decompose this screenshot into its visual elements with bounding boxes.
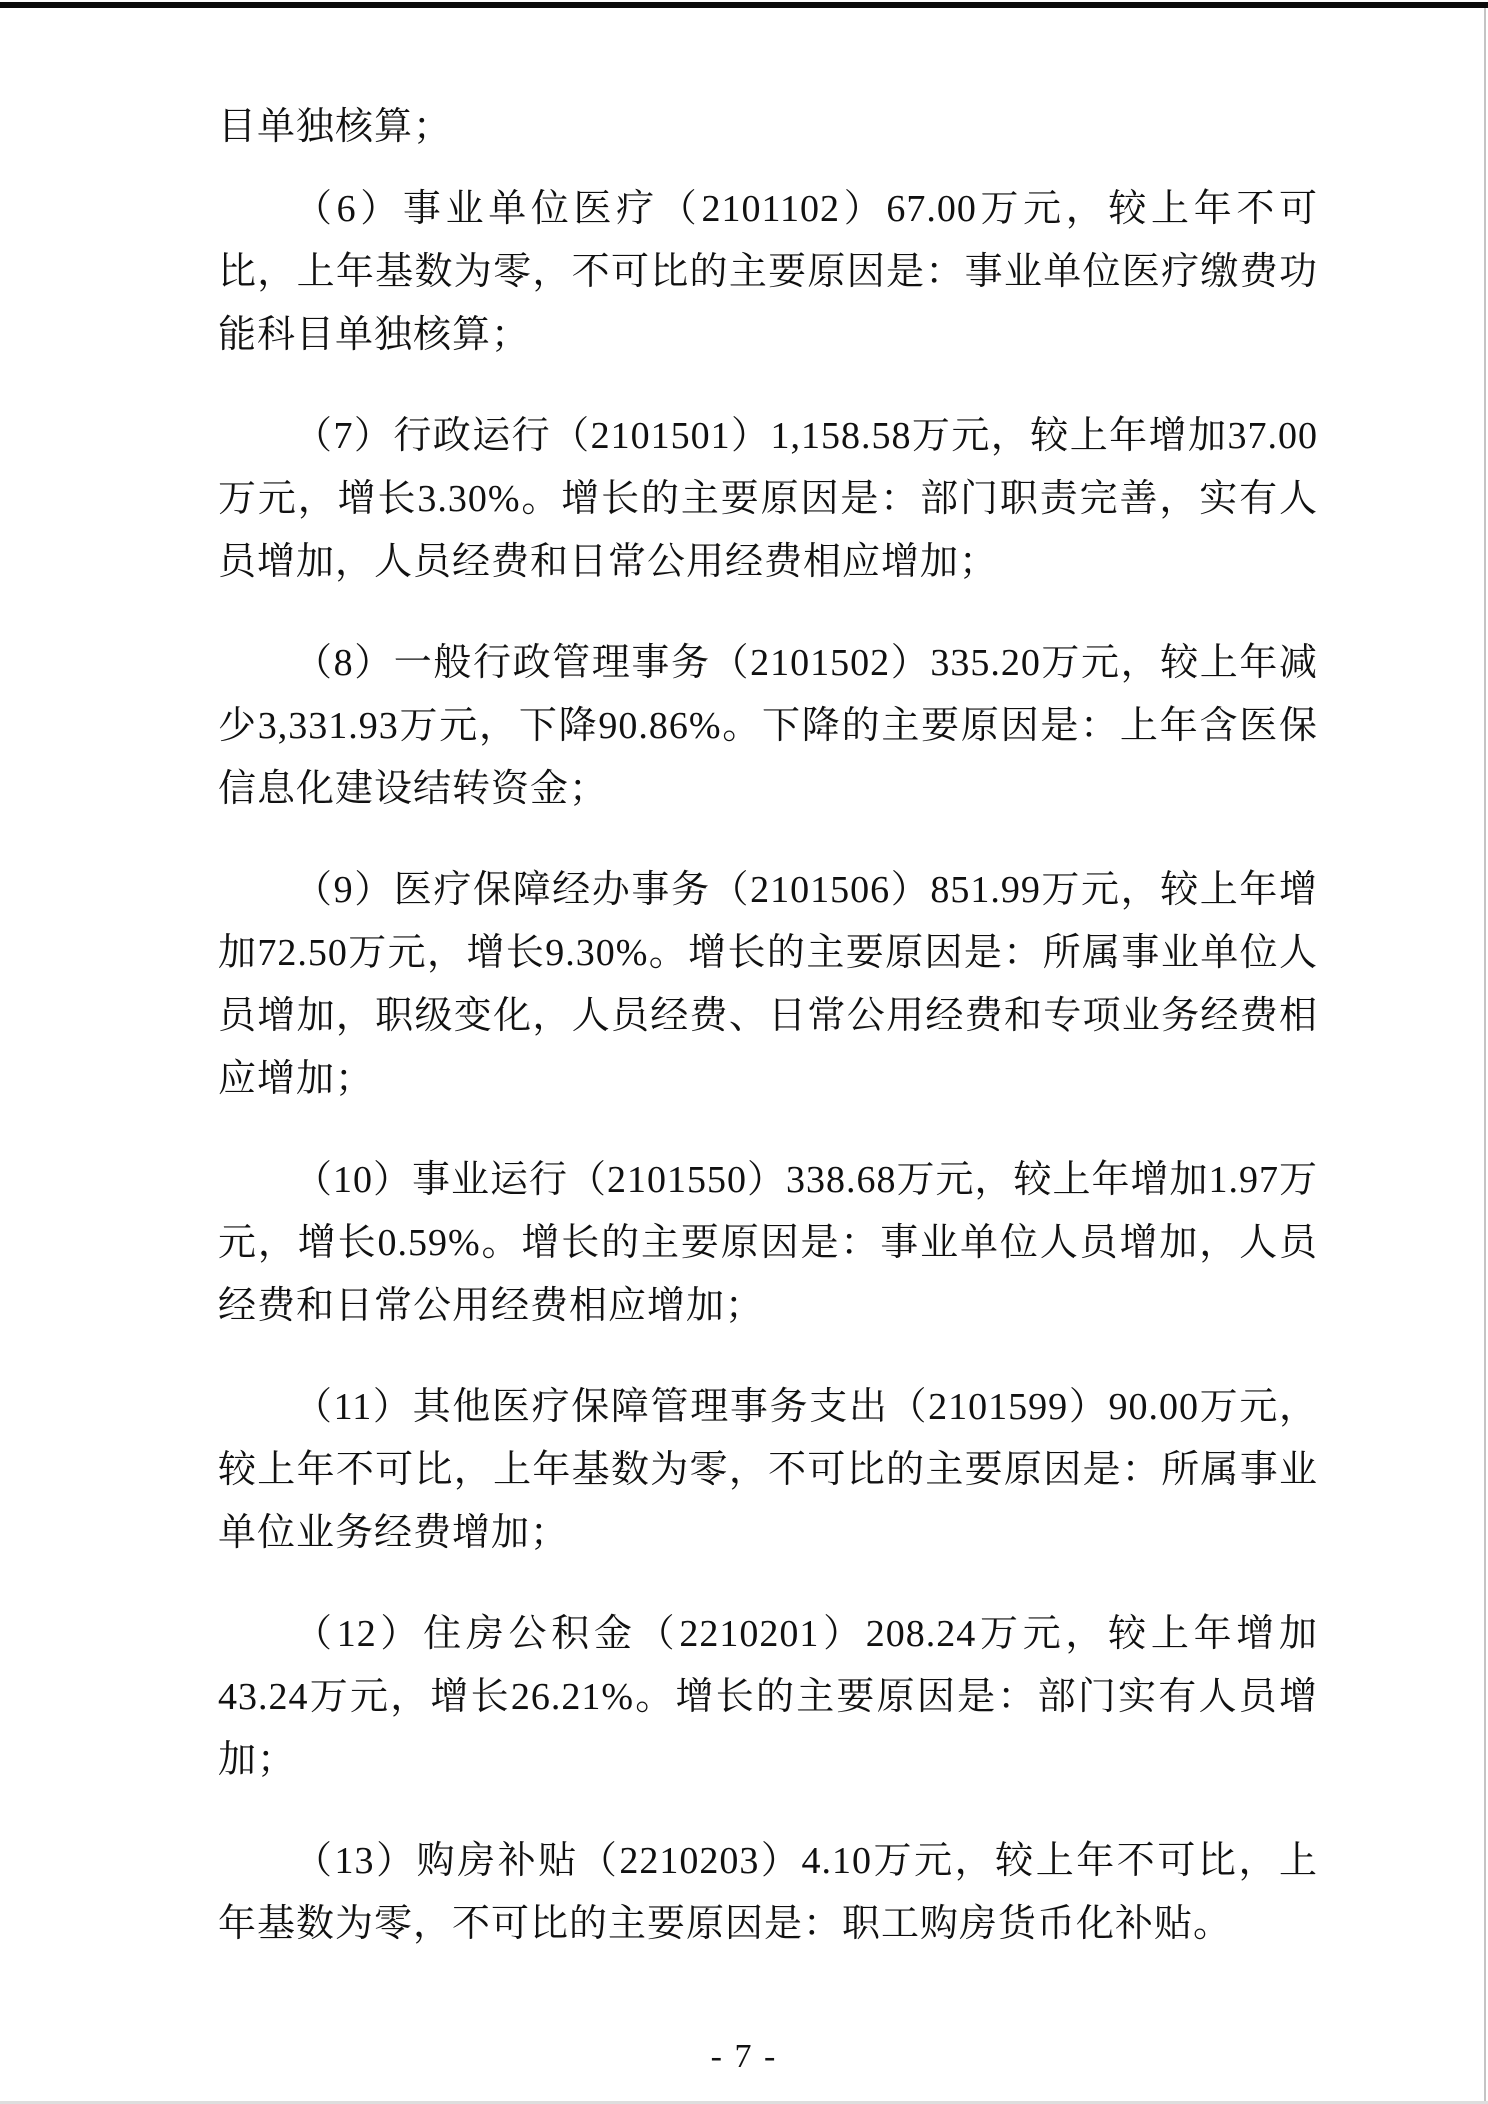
scan-edge-top <box>0 0 1488 8</box>
paragraph-item-12: （12）住房公积金（2210201）208.24万元，较上年增加43.24万元，… <box>218 1603 1318 1792</box>
paragraph-item-8: （8）一般行政管理事务（2101502）335.20万元，较上年减少3,331.… <box>218 632 1318 821</box>
paragraph-item-6: （6）事业单位医疗（2101102）67.00万元，较上年不可比，上年基数为零，… <box>218 178 1318 367</box>
page-number: - 7 - <box>711 2038 778 2075</box>
paragraph-continuation: 目单独核算； <box>218 96 1318 159</box>
paragraph-item-7: （7）行政运行（2101501）1,158.58万元，较上年增加37.00万元，… <box>218 405 1318 594</box>
document-body: 目单独核算； （6）事业单位医疗（2101102）67.00万元，较上年不可比，… <box>218 96 1318 1994</box>
paragraph-item-9: （9）医疗保障经办事务（2101506）851.99万元，较上年增加72.50万… <box>218 859 1318 1111</box>
page-footer: - 7 - <box>0 2038 1488 2076</box>
paragraph-item-11: （11）其他医疗保障管理事务支出（2101599）90.00万元，较上年不可比，… <box>218 1376 1318 1565</box>
paragraph-item-13: （13）购房补贴（2210203）4.10万元，较上年不可比，上年基数为零，不可… <box>218 1830 1318 1956</box>
paragraph-item-10: （10）事业运行（2101550）338.68万元，较上年增加1.97万元，增长… <box>218 1149 1318 1338</box>
scan-edge-right <box>1484 8 1486 2102</box>
